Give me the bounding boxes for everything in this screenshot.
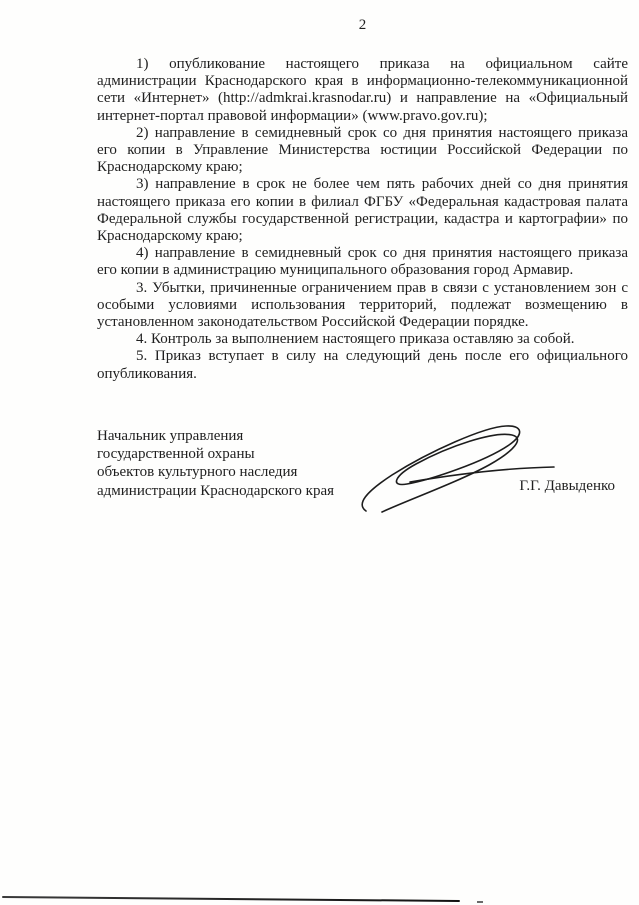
bottom-scan-artifact-dot [477,901,483,903]
body-paragraph-4: 4) направление в семидневный срок со дня… [97,245,628,279]
document-page: 2 1) опубликование настоящего приказа на… [0,0,639,905]
body-paragraph-1: 1) опубликование настоящего приказа на о… [97,56,628,125]
signature-title-line: администрации Краснодарского края [97,482,334,500]
body-paragraph-3: 3) направление в срок не более чем пять … [97,176,628,245]
bottom-scan-artifact-line [2,896,460,902]
signature-title-line: Начальник управления [97,427,334,445]
document-body: 1) опубликование настоящего приказа на о… [97,56,628,383]
body-paragraph-7: 5. Приказ вступает в силу на следующий д… [97,348,628,382]
handwritten-signature-icon [352,418,560,516]
body-paragraph-2: 2) направление в семидневный срок со дня… [97,125,628,177]
page-number: 2 [97,17,628,34]
body-paragraph-6: 4. Контроль за выполнением настоящего пр… [97,331,628,348]
signature-title-line: объектов культурного наследия [97,463,334,481]
body-paragraph-5: 3. Убытки, причиненные ограничением прав… [97,280,628,332]
signature-title-block: Начальник управления государственной охр… [97,427,334,500]
signature-title-line: государственной охраны [97,445,334,463]
signer-name: Г.Г. Давыденко [519,478,615,495]
